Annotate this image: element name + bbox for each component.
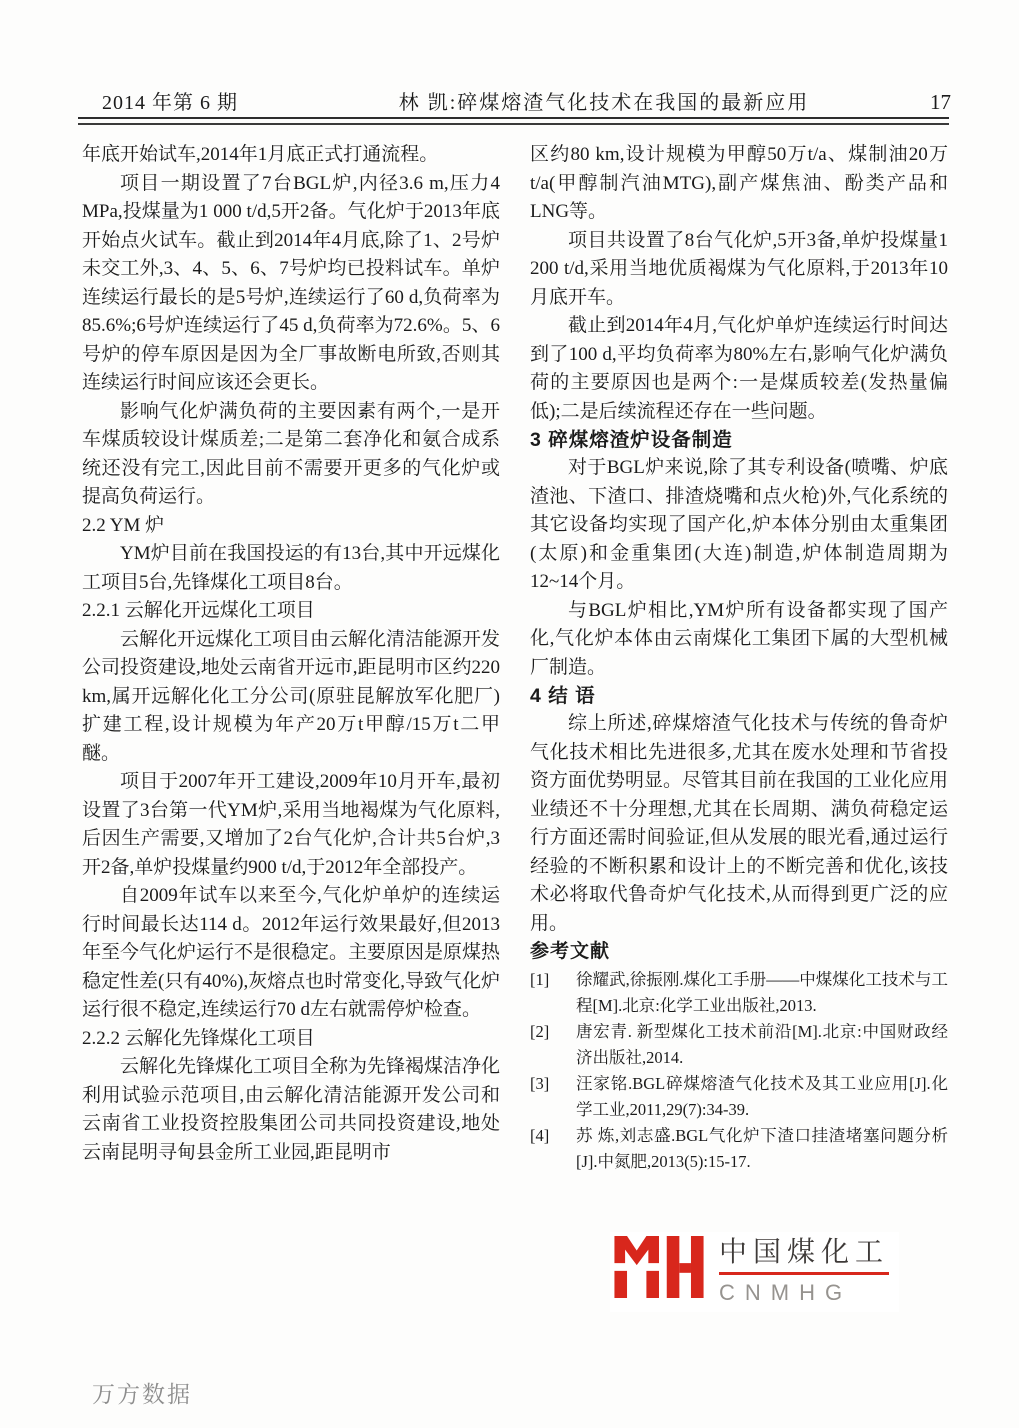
paragraph: 区约80 km,设计规模为甲醇50万t/a、煤制油20万t/a(甲醇制汽油MTG…	[530, 141, 948, 227]
journal-page: 2014 年第 6 期 林 凯:碎煤熔渣气化技术在我国的最新应用 17 年底开始…	[0, 0, 1019, 1428]
paragraph: 项目于2007年开工建设,2009年10月开车,最初设置了3台第一代YM炉,采用…	[82, 768, 500, 882]
logo-chinese-name: 中国煤化工	[719, 1236, 889, 1275]
running-title: 林 凯:碎煤熔渣气化技术在我国的最新应用	[317, 86, 891, 115]
paragraph: 云解化开远煤化工项目由云解化清洁能源开发公司投资建设,地处云南省开远市,距昆明市…	[82, 626, 500, 769]
left-column: 年底开始试车,2014年1月底正式打通流程。 项目一期设置了7台BGL炉,内径3…	[82, 141, 500, 1175]
reference-number: [4]	[530, 1123, 576, 1175]
section-heading-2-2: 2.2 YM 炉	[82, 512, 500, 541]
section-heading-2-2-1: 2.2.1 云解化开远煤化工项目	[82, 597, 500, 626]
issue-label: 2014 年第 6 期	[102, 86, 317, 115]
paragraph: 云解化先锋煤化工项目全称为先锋褐煤洁净化利用试验示范项目,由云解化清洁能源开发公…	[82, 1053, 500, 1167]
paragraph: 影响气化炉满负荷的主要因素有两个,一是开车煤质较设计煤质差;二是第二套净化和氨合…	[82, 398, 500, 512]
reference-item: [4] 苏 炼,刘志盛.BGL气化炉下渣口挂渣堵塞问题分析[J].中氮肥,201…	[530, 1123, 948, 1175]
logo-text-block: 中国煤化工 CNMHG	[719, 1236, 889, 1306]
paragraph: YM炉目前在我国投运的有13台,其中开远煤化工项目5台,先锋煤化工项目8台。	[82, 540, 500, 597]
article-body: 年底开始试车,2014年1月底正式打通流程。 项目一期设置了7台BGL炉,内径3…	[82, 141, 948, 1175]
paragraph: 对于BGL炉来说,除了其专利设备(喷嘴、炉底渣池、下渣口、排渣烧嘴和点火枪)外,…	[530, 454, 948, 597]
reference-number: [3]	[530, 1071, 576, 1123]
reference-item: [2] 唐宏青. 新型煤化工技术前沿[M].北京:中国财政经济出版社,2014.	[530, 1019, 948, 1071]
section-heading-4: 4 结 语	[530, 682, 948, 710]
reference-item: [3] 汪家铭.BGL碎煤熔渣气化技术及其工业应用[J].化学工业,2011,2…	[530, 1071, 948, 1123]
paragraph: 与BGL炉相比,YM炉所有设备都实现了国产化,气化炉本体由云南煤化工集团下属的大…	[530, 597, 948, 683]
page-number: 17	[891, 90, 951, 115]
section-heading-2-2-2: 2.2.2 云解化先锋煤化工项目	[82, 1025, 500, 1054]
section-heading-3: 3 碎煤熔渣炉设备制造	[530, 426, 948, 454]
reference-text: 汪家铭.BGL碎煤熔渣气化技术及其工业应用[J].化学工业,2011,29(7)…	[576, 1071, 948, 1123]
reference-item: [1] 徐耀武,徐振刚.煤化工手册——中煤煤化工技术与工程[M].北京:化学工业…	[530, 967, 948, 1019]
paragraph: 自2009年试车以来至今,气化炉单炉的连续运行时间最长达114 d。2012年运…	[82, 882, 500, 1025]
wanfang-watermark: 万方数据	[92, 1376, 192, 1409]
header-double-rule	[78, 117, 949, 125]
paragraph: 项目一期设置了7台BGL炉,内径3.6 m,压力4 MPa,投煤量为1 000 …	[82, 170, 500, 398]
reference-text: 苏 炼,刘志盛.BGL气化炉下渣口挂渣堵塞问题分析[J].中氮肥,2013(5)…	[576, 1123, 948, 1175]
reference-number: [2]	[530, 1019, 576, 1071]
paragraph: 截止到2014年4月,气化炉单炉连续运行时间达到了100 d,平均负荷率为80%…	[530, 312, 948, 426]
reference-text: 徐耀武,徐振刚.煤化工手册——中煤煤化工技术与工程[M].北京:化学工业出版社,…	[576, 967, 948, 1019]
paragraph: 综上所述,碎煤熔渣气化技术与传统的鲁奇炉气化技术相比先进很多,尤其在废水处理和节…	[530, 710, 948, 938]
paragraph: 项目共设置了8台气化炉,5开3备,单炉投煤量1 200 t/d,采用当地优质褐煤…	[530, 227, 948, 313]
paragraph: 年底开始试车,2014年1月底正式打通流程。	[82, 141, 500, 170]
reference-number: [1]	[530, 967, 576, 1019]
mh-logo-icon	[614, 1236, 704, 1298]
references-heading: 参考文献	[530, 938, 948, 967]
reference-text: 唐宏青. 新型煤化工技术前沿[M].北京:中国财政经济出版社,2014.	[576, 1019, 948, 1071]
right-column: 区约80 km,设计规模为甲醇50万t/a、煤制油20万t/a(甲醇制汽油MTG…	[530, 141, 948, 1175]
running-header: 2014 年第 6 期 林 凯:碎煤熔渣气化技术在我国的最新应用 17	[102, 86, 951, 115]
cnmhg-logo: 中国煤化工 CNMHG	[610, 1232, 899, 1312]
logo-latin-name: CNMHG	[719, 1280, 889, 1306]
